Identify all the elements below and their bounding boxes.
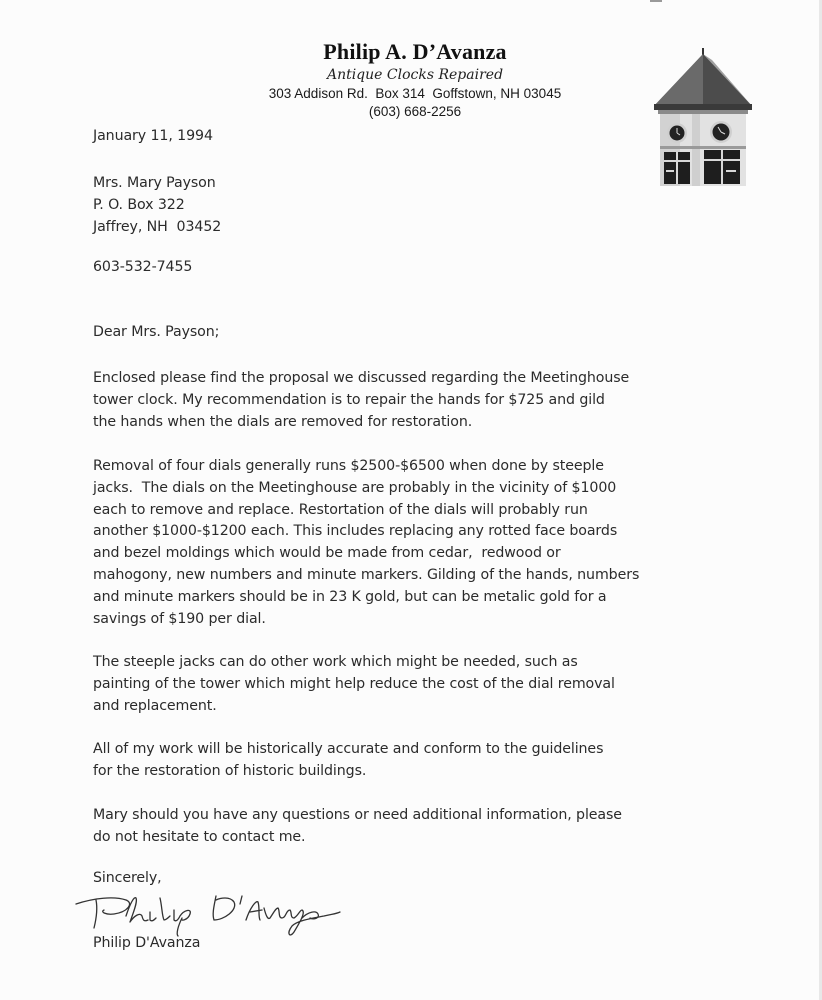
text-line: and replacement. [93, 696, 683, 718]
clock-tower-icon [652, 46, 754, 188]
paragraph-steeple-jacks: The steeple jacks can do other work whic… [93, 652, 683, 717]
handwritten-signature-icon [74, 890, 344, 940]
text-line: All of my work will be historically accu… [93, 739, 683, 761]
text-line: each to remove and replace. Restortation… [93, 500, 683, 522]
text-line: mahogony, new numbers and minute markers… [93, 565, 683, 587]
text-line: The steeple jacks can do other work whic… [93, 652, 683, 674]
recipient-city: Jaffrey, NH 03452 [93, 216, 221, 238]
text-line: the hands when the dials are removed for… [93, 412, 683, 434]
letter-page: Philip A. D’Avanza Antique Clocks Repair… [0, 0, 822, 1000]
text-line: tower clock. My recommendation is to rep… [93, 390, 683, 412]
letterhead-phone: (603) 668-2256 [230, 103, 600, 121]
text-line: and bezel moldings which would be made f… [93, 543, 683, 565]
scan-mark [650, 0, 662, 2]
letter-date: January 11, 1994 [93, 128, 213, 144]
letterhead-name: Philip A. D’Avanza [230, 38, 600, 66]
paragraph-contact: Mary should you have any questions or ne… [93, 805, 683, 849]
salutation: Dear Mrs. Payson; [93, 324, 219, 340]
text-line: painting of the tower which might help r… [93, 674, 683, 696]
text-line: do not hesitate to contact me. [93, 827, 683, 849]
paragraph-historic-accuracy: All of my work will be historically accu… [93, 739, 683, 783]
recipient-phone: 603-532-7455 [93, 259, 192, 275]
text-line: savings of $190 per dial. [93, 609, 683, 631]
letterhead: Philip A. D’Avanza Antique Clocks Repair… [230, 38, 600, 121]
recipient-po-box: P. O. Box 322 [93, 194, 221, 216]
paragraph-proposal: Enclosed please find the proposal we dis… [93, 368, 683, 433]
text-line: Mary should you have any questions or ne… [93, 805, 683, 827]
text-line: Enclosed please find the proposal we dis… [93, 368, 683, 390]
closing: Sincerely, [93, 870, 162, 886]
recipient-name: Mrs. Mary Payson [93, 172, 221, 194]
text-line: and minute markers should be in 23 K gol… [93, 587, 683, 609]
signer-name: Philip D'Avanza [93, 935, 200, 951]
recipient-address: Mrs. Mary Payson P. O. Box 322 Jaffrey, … [93, 172, 221, 238]
text-line: another $1000-$1200 each. This includes … [93, 521, 683, 543]
text-line: Removal of four dials generally runs $25… [93, 456, 683, 478]
paragraph-dial-costs: Removal of four dials generally runs $25… [93, 456, 683, 630]
text-line: jacks. The dials on the Meetinghouse are… [93, 478, 683, 500]
letterhead-tagline: Antique Clocks Repaired [230, 65, 600, 85]
text-line: for the restoration of historic building… [93, 761, 683, 783]
letterhead-address: 303 Addison Rd. Box 314 Goffstown, NH 03… [230, 85, 600, 103]
